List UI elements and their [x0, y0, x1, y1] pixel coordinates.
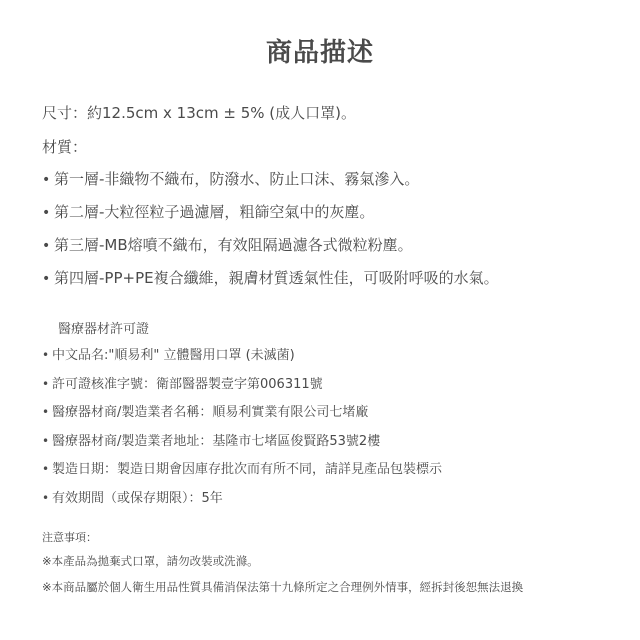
license-item: •醫療器材商/製造業者地址：基隆市七堵區俊賢路53號2樓	[42, 432, 442, 461]
bullet-icon: •	[42, 346, 52, 364]
material-label: 材質：	[42, 136, 87, 157]
layer-item: •第四層-PP+PE複合纖維，親膚材質透氣性佳，可吸附呼吸的水氣。	[42, 267, 499, 300]
bullet-icon: •	[42, 169, 54, 191]
license-title: 醫療器材許可證	[58, 318, 149, 337]
layer-item: •第三層-MB熔噴不織布，有效阻隔過濾各式微粒粉塵。	[42, 234, 499, 267]
layer-text: 第三層-MB熔噴不織布，有效阻隔過濾各式微粒粉塵。	[54, 236, 413, 254]
bullet-icon: •	[42, 235, 54, 257]
bullet-icon: •	[42, 460, 52, 478]
note-line: ※本產品為拋棄式口罩，請勿改裝或洗滌。	[42, 553, 259, 569]
license-text: 許可證核准字號：衛部醫器製壹字第006311號	[52, 377, 323, 392]
license-item: •製造日期：製造日期會因庫存批次而有所不同，請詳見產品包裝標示	[42, 460, 442, 489]
note-line: ※本商品屬於個人衛生用品性質具備消保法第十九條所定之合理例外情事，經拆封後恕無法…	[42, 579, 523, 595]
bullet-icon: •	[42, 375, 52, 393]
material-layers-list: •第一層-非織物不織布，防潑水、防止口沫、霧氣滲入。 •第二層-大粒徑粒子過濾層…	[42, 168, 499, 300]
bullet-icon: •	[42, 202, 54, 224]
license-item: •許可證核准字號：衛部醫器製壹字第006311號	[42, 375, 442, 404]
bullet-icon: •	[42, 268, 54, 290]
layer-text: 第四層-PP+PE複合纖維，親膚材質透氣性佳，可吸附呼吸的水氣。	[54, 269, 499, 287]
license-text: 製造日期：製造日期會因庫存批次而有所不同，請詳見產品包裝標示	[52, 462, 442, 477]
license-text: 有效期間（或保存期限）：5年	[52, 491, 223, 506]
license-text: 醫療器材商/製造業者地址：基隆市七堵區俊賢路53號2樓	[52, 434, 380, 449]
layer-text: 第二層-大粒徑粒子過濾層，粗篩空氣中的灰塵。	[54, 203, 374, 221]
license-item: •中文品名:"順易利" 立體醫用口罩 (未滅菌)	[42, 346, 442, 375]
license-item: •醫療器材商/製造業者名稱：順易利實業有限公司七堵廠	[42, 403, 442, 432]
layer-item: •第一層-非織物不織布，防潑水、防止口沫、霧氣滲入。	[42, 168, 499, 201]
notes-title: 注意事項：	[42, 529, 97, 545]
bullet-icon: •	[42, 489, 52, 507]
license-item: •有效期間（或保存期限）：5年	[42, 489, 442, 518]
license-text: 中文品名:"順易利" 立體醫用口罩 (未滅菌)	[52, 348, 295, 363]
layer-item: •第二層-大粒徑粒子過濾層，粗篩空氣中的灰塵。	[42, 201, 499, 234]
layer-text: 第一層-非織物不織布，防潑水、防止口沫、霧氣滲入。	[54, 170, 419, 188]
size-spec: 尺寸：約12.5cm x 13cm ± 5% (成人口罩)。	[42, 102, 356, 123]
bullet-icon: •	[42, 403, 52, 421]
page-title: 商品描述	[0, 32, 640, 69]
license-text: 醫療器材商/製造業者名稱：順易利實業有限公司七堵廠	[52, 405, 368, 420]
license-info-list: •中文品名:"順易利" 立體醫用口罩 (未滅菌) •許可證核准字號：衛部醫器製壹…	[42, 346, 442, 517]
bullet-icon: •	[42, 432, 52, 450]
